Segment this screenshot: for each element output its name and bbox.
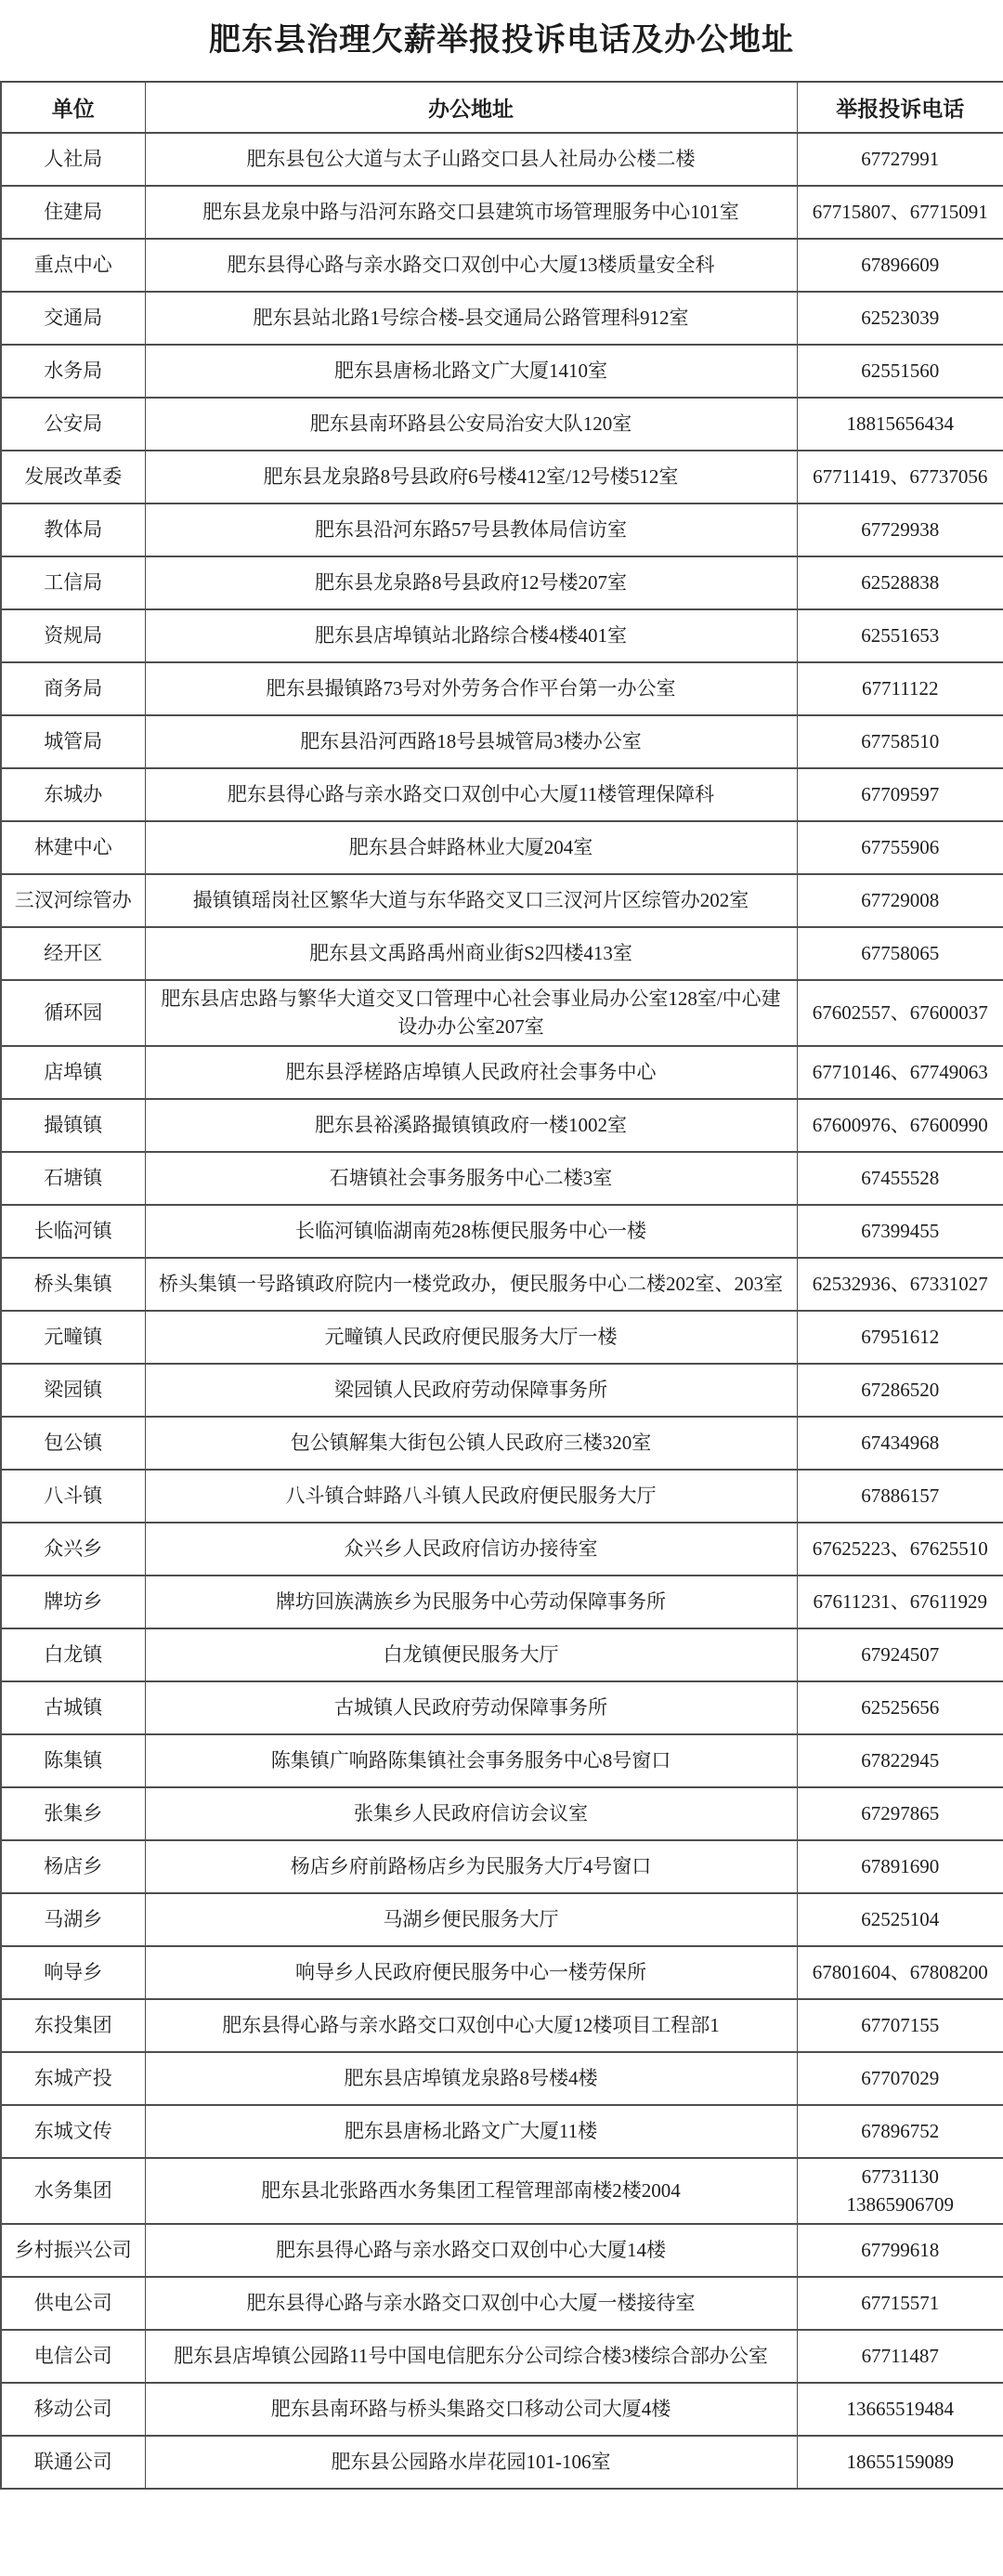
unit-cell: 陈集镇	[1, 1734, 145, 1787]
table-body: 人社局 肥东县包公大道与太子山路交口县人社局办公楼二楼 67727991 住建局…	[1, 133, 1003, 2489]
address-cell: 肥东县得心路与亲水路交口双创中心大厦一楼接待室	[145, 2277, 797, 2330]
unit-cell: 联通公司	[1, 2436, 145, 2489]
phone-cell: 67297865	[797, 1787, 1003, 1840]
table-row: 电信公司 肥东县店埠镇公园路11号中国电信肥东分公司综合楼3楼综合部办公室 67…	[1, 2330, 1003, 2383]
unit-cell: 交通局	[1, 292, 145, 345]
address-cell: 杨店乡府前路杨店乡为民服务大厅4号窗口	[145, 1840, 797, 1893]
address-cell: 肥东县裕溪路撮镇镇政府一楼1002室	[145, 1099, 797, 1152]
page-title: 肥东县治理欠薪举报投诉电话及办公地址	[0, 0, 1003, 81]
unit-cell: 张集乡	[1, 1787, 145, 1840]
unit-cell: 牌坊乡	[1, 1576, 145, 1628]
address-cell: 牌坊回族满族乡为民服务中心劳动保障事务所	[145, 1576, 797, 1628]
table-row: 教体局 肥东县沿河东路57号县教体局信访室 67729938	[1, 503, 1003, 556]
table-row: 撮镇镇 肥东县裕溪路撮镇镇政府一楼1002室 67600976、67600990	[1, 1099, 1003, 1152]
unit-cell: 供电公司	[1, 2277, 145, 2330]
phone-cell: 67455528	[797, 1152, 1003, 1205]
phone-cell: 62528838	[797, 556, 1003, 609]
address-cell: 肥东县店埠镇站北路综合楼4楼401室	[145, 609, 797, 662]
unit-cell: 八斗镇	[1, 1470, 145, 1523]
phone-cell: 67709597	[797, 768, 1003, 821]
phone-cell: 67707029	[797, 2052, 1003, 2105]
address-cell: 肥东县龙泉路8号县政府6号楼412室/12号楼512室	[145, 451, 797, 503]
phone-cell: 67710146、67749063	[797, 1046, 1003, 1099]
phone-cell: 62551560	[797, 345, 1003, 398]
table-row: 杨店乡 杨店乡府前路杨店乡为民服务大厅4号窗口 67891690	[1, 1840, 1003, 1893]
phone-cell: 67727991	[797, 133, 1003, 186]
phone-cell: 62523039	[797, 292, 1003, 345]
page: 肥东县治理欠薪举报投诉电话及办公地址 单位 办公地址 举报投诉电话 人社局 肥东…	[0, 0, 1003, 2490]
unit-cell: 发展改革委	[1, 451, 145, 503]
table-row: 包公镇 包公镇解集大街包公镇人民政府三楼320室 67434968	[1, 1417, 1003, 1470]
address-cell: 梁园镇人民政府劳动保障事务所	[145, 1364, 797, 1417]
phone-cell: 62551653	[797, 609, 1003, 662]
address-cell: 肥东县南环路与桥头集路交口移动公司大厦4楼	[145, 2383, 797, 2436]
table-row: 东投集团 肥东县得心路与亲水路交口双创中心大厦12楼项目工程部1 6770715…	[1, 1999, 1003, 2052]
address-cell: 陈集镇广响路陈集镇社会事务服务中心8号窗口	[145, 1734, 797, 1787]
table-row: 牌坊乡 牌坊回族满族乡为民服务中心劳动保障事务所 67611231、676119…	[1, 1576, 1003, 1628]
address-cell: 众兴乡人民政府信访办接待室	[145, 1523, 797, 1576]
unit-cell: 公安局	[1, 398, 145, 451]
phone-cell: 67799618	[797, 2224, 1003, 2277]
address-cell: 肥东县龙泉路8号县政府12号楼207室	[145, 556, 797, 609]
table-row: 三汊河综管办 撮镇镇瑶岗社区繁华大道与东华路交叉口三汊河片区综管办202室 67…	[1, 874, 1003, 927]
address-cell: 石塘镇社会事务服务中心二楼3室	[145, 1152, 797, 1205]
phone-cell: 67602557、67600037	[797, 980, 1003, 1046]
unit-cell: 杨店乡	[1, 1840, 145, 1893]
table-row: 八斗镇 八斗镇合蚌路八斗镇人民政府便民服务大厅 67886157	[1, 1470, 1003, 1523]
address-cell: 肥东县店忠路与繁华大道交叉口管理中心社会事业局办公室128室/中心建设办办公室2…	[145, 980, 797, 1046]
table-row: 重点中心 肥东县得心路与亲水路交口双创中心大厦13楼质量安全科 67896609	[1, 239, 1003, 292]
table-row: 经开区 肥东县文禹路禹州商业街S2四楼413室 67758065	[1, 927, 1003, 980]
address-cell: 肥东县北张路西水务集团工程管理部南楼2楼2004	[145, 2158, 797, 2224]
phone-cell: 67891690	[797, 1840, 1003, 1893]
unit-cell: 白龙镇	[1, 1628, 145, 1681]
unit-cell: 众兴乡	[1, 1523, 145, 1576]
unit-cell: 重点中心	[1, 239, 145, 292]
phone-cell: 62525656	[797, 1681, 1003, 1734]
unit-cell: 三汊河综管办	[1, 874, 145, 927]
table-row: 乡村振兴公司 肥东县得心路与亲水路交口双创中心大厦14楼 67799618	[1, 2224, 1003, 2277]
table-row: 东城产投 肥东县店埠镇龙泉路8号楼4楼 67707029	[1, 2052, 1003, 2105]
phone-cell: 67286520	[797, 1364, 1003, 1417]
address-cell: 肥东县店埠镇龙泉路8号楼4楼	[145, 2052, 797, 2105]
unit-cell: 电信公司	[1, 2330, 145, 2383]
address-cell: 白龙镇便民服务大厅	[145, 1628, 797, 1681]
phone-cell: 67822945	[797, 1734, 1003, 1787]
phone-cell: 67434968	[797, 1417, 1003, 1470]
table-row: 城管局 肥东县沿河西路18号县城管局3楼办公室 67758510	[1, 715, 1003, 768]
address-cell: 肥东县得心路与亲水路交口双创中心大厦12楼项目工程部1	[145, 1999, 797, 2052]
table-row: 长临河镇 长临河镇临湖南苑28栋便民服务中心一楼 67399455	[1, 1205, 1003, 1258]
unit-cell: 店埠镇	[1, 1046, 145, 1099]
address-cell: 肥东县唐杨北路文广大厦1410室	[145, 345, 797, 398]
table-row: 桥头集镇 桥头集镇一号路镇政府院内一楼党政办，便民服务中心二楼202室、203室…	[1, 1258, 1003, 1311]
address-cell: 响导乡人民政府便民服务中心一楼劳保所	[145, 1946, 797, 1999]
unit-cell: 移动公司	[1, 2383, 145, 2436]
address-cell: 肥东县站北路1号综合楼-县交通局公路管理科912室	[145, 292, 797, 345]
table-row: 东城文传 肥东县唐杨北路文广大厦11楼 67896752	[1, 2105, 1003, 2158]
phone-cell: 67801604、67808200	[797, 1946, 1003, 1999]
table-row: 联通公司 肥东县公园路水岸花园101-106室 18655159089	[1, 2436, 1003, 2489]
unit-cell: 城管局	[1, 715, 145, 768]
column-header-unit: 单位	[1, 82, 145, 133]
table-row: 人社局 肥东县包公大道与太子山路交口县人社局办公楼二楼 67727991	[1, 133, 1003, 186]
phone-cell: 67715571	[797, 2277, 1003, 2330]
address-cell: 八斗镇合蚌路八斗镇人民政府便民服务大厅	[145, 1470, 797, 1523]
table-row: 响导乡 响导乡人民政府便民服务中心一楼劳保所 67801604、67808200	[1, 1946, 1003, 1999]
table-row: 供电公司 肥东县得心路与亲水路交口双创中心大厦一楼接待室 67715571	[1, 2277, 1003, 2330]
address-cell: 肥东县龙泉中路与沿河东路交口县建筑市场管理服务中心101室	[145, 186, 797, 239]
table-row: 资规局 肥东县店埠镇站北路综合楼4楼401室 62551653	[1, 609, 1003, 662]
address-cell: 肥东县包公大道与太子山路交口县人社局办公楼二楼	[145, 133, 797, 186]
address-cell: 肥东县沿河西路18号县城管局3楼办公室	[145, 715, 797, 768]
phone-cell: 67924507	[797, 1628, 1003, 1681]
address-cell: 马湖乡便民服务大厅	[145, 1893, 797, 1946]
phone-cell: 67896752	[797, 2105, 1003, 2158]
table-row: 元疃镇 元疃镇人民政府便民服务大厅一楼 67951612	[1, 1311, 1003, 1364]
unit-cell: 水务集团	[1, 2158, 145, 2224]
unit-cell: 桥头集镇	[1, 1258, 145, 1311]
phone-cell: 67625223、67625510	[797, 1523, 1003, 1576]
phone-cell: 67758510	[797, 715, 1003, 768]
table-row: 陈集镇 陈集镇广响路陈集镇社会事务服务中心8号窗口 67822945	[1, 1734, 1003, 1787]
phone-cell: 67611231、67611929	[797, 1576, 1003, 1628]
unit-cell: 教体局	[1, 503, 145, 556]
unit-cell: 东投集团	[1, 1999, 145, 2052]
table-row: 水务集团 肥东县北张路西水务集团工程管理部南楼2楼2004 67731130 1…	[1, 2158, 1003, 2224]
unit-cell: 梁园镇	[1, 1364, 145, 1417]
phone-cell: 62525104	[797, 1893, 1003, 1946]
unit-cell: 响导乡	[1, 1946, 145, 1999]
table-row: 工信局 肥东县龙泉路8号县政府12号楼207室 62528838	[1, 556, 1003, 609]
address-cell: 肥东县南环路县公安局治安大队120室	[145, 398, 797, 451]
phone-cell: 67711419、67737056	[797, 451, 1003, 503]
address-cell: 古城镇人民政府劳动保障事务所	[145, 1681, 797, 1734]
unit-cell: 包公镇	[1, 1417, 145, 1470]
address-cell: 肥东县沿河东路57号县教体局信访室	[145, 503, 797, 556]
phone-cell: 67715807、67715091	[797, 186, 1003, 239]
phone-cell: 67729938	[797, 503, 1003, 556]
unit-cell: 东城办	[1, 768, 145, 821]
phone-cell: 67399455	[797, 1205, 1003, 1258]
table-header-row: 单位 办公地址 举报投诉电话	[1, 82, 1003, 133]
address-cell: 撮镇镇瑶岗社区繁华大道与东华路交叉口三汊河片区综管办202室	[145, 874, 797, 927]
address-cell: 张集乡人民政府信访会议室	[145, 1787, 797, 1840]
unit-cell: 水务局	[1, 345, 145, 398]
address-cell: 肥东县合蚌路林业大厦204室	[145, 821, 797, 874]
table-row: 水务局 肥东县唐杨北路文广大厦1410室 62551560	[1, 345, 1003, 398]
table-row: 商务局 肥东县撮镇路73号对外劳务合作平台第一办公室 67711122	[1, 662, 1003, 715]
phone-cell: 67707155	[797, 1999, 1003, 2052]
phone-cell: 18815656434	[797, 398, 1003, 451]
address-cell: 肥东县得心路与亲水路交口双创中心大厦13楼质量安全科	[145, 239, 797, 292]
address-cell: 肥东县得心路与亲水路交口双创中心大厦14楼	[145, 2224, 797, 2277]
address-cell: 长临河镇临湖南苑28栋便民服务中心一楼	[145, 1205, 797, 1258]
table-row: 梁园镇 梁园镇人民政府劳动保障事务所 67286520	[1, 1364, 1003, 1417]
unit-cell: 住建局	[1, 186, 145, 239]
table-row: 发展改革委 肥东县龙泉路8号县政府6号楼412室/12号楼512室 677114…	[1, 451, 1003, 503]
table-row: 公安局 肥东县南环路县公安局治安大队120室 18815656434	[1, 398, 1003, 451]
table-row: 石塘镇 石塘镇社会事务服务中心二楼3室 67455528	[1, 1152, 1003, 1205]
unit-cell: 古城镇	[1, 1681, 145, 1734]
address-cell: 桥头集镇一号路镇政府院内一楼党政办，便民服务中心二楼202室、203室	[145, 1258, 797, 1311]
column-header-phone: 举报投诉电话	[797, 82, 1003, 133]
phone-cell: 18655159089	[797, 2436, 1003, 2489]
phone-cell: 67886157	[797, 1470, 1003, 1523]
unit-cell: 林建中心	[1, 821, 145, 874]
address-cell: 元疃镇人民政府便民服务大厅一楼	[145, 1311, 797, 1364]
phone-cell: 67758065	[797, 927, 1003, 980]
address-cell: 肥东县唐杨北路文广大厦11楼	[145, 2105, 797, 2158]
address-cell: 肥东县文禹路禹州商业街S2四楼413室	[145, 927, 797, 980]
unit-cell: 长临河镇	[1, 1205, 145, 1258]
column-header-address: 办公地址	[145, 82, 797, 133]
phone-cell: 67755906	[797, 821, 1003, 874]
table-row: 白龙镇 白龙镇便民服务大厅 67924507	[1, 1628, 1003, 1681]
unit-cell: 循环园	[1, 980, 145, 1046]
address-cell: 肥东县浮槎路店埠镇人民政府社会事务中心	[145, 1046, 797, 1099]
phone-cell: 67896609	[797, 239, 1003, 292]
unit-cell: 资规局	[1, 609, 145, 662]
phone-cell: 67711487	[797, 2330, 1003, 2383]
unit-cell: 人社局	[1, 133, 145, 186]
unit-cell: 元疃镇	[1, 1311, 145, 1364]
unit-cell: 石塘镇	[1, 1152, 145, 1205]
phone-cell: 67711122	[797, 662, 1003, 715]
unit-cell: 东城产投	[1, 2052, 145, 2105]
table-row: 交通局 肥东县站北路1号综合楼-县交通局公路管理科912室 62523039	[1, 292, 1003, 345]
unit-cell: 经开区	[1, 927, 145, 980]
table-row: 马湖乡 马湖乡便民服务大厅 62525104	[1, 1893, 1003, 1946]
phone-cell: 67600976、67600990	[797, 1099, 1003, 1152]
unit-cell: 撮镇镇	[1, 1099, 145, 1152]
table-row: 林建中心 肥东县合蚌路林业大厦204室 67755906	[1, 821, 1003, 874]
unit-cell: 东城文传	[1, 2105, 145, 2158]
phone-cell: 67729008	[797, 874, 1003, 927]
table-row: 古城镇 古城镇人民政府劳动保障事务所 62525656	[1, 1681, 1003, 1734]
table-row: 移动公司 肥东县南环路与桥头集路交口移动公司大厦4楼 13665519484	[1, 2383, 1003, 2436]
phone-cell: 13665519484	[797, 2383, 1003, 2436]
table-row: 循环园 肥东县店忠路与繁华大道交叉口管理中心社会事业局办公室128室/中心建设办…	[1, 980, 1003, 1046]
unit-cell: 商务局	[1, 662, 145, 715]
table-row: 店埠镇 肥东县浮槎路店埠镇人民政府社会事务中心 67710146、6774906…	[1, 1046, 1003, 1099]
table-row: 张集乡 张集乡人民政府信访会议室 67297865	[1, 1787, 1003, 1840]
table-row: 东城办 肥东县得心路与亲水路交口双创中心大厦11楼管理保障科 67709597	[1, 768, 1003, 821]
unit-cell: 工信局	[1, 556, 145, 609]
phone-cell: 67951612	[797, 1311, 1003, 1364]
phone-cell: 62532936、67331027	[797, 1258, 1003, 1311]
phone-cell: 67731130 13865906709	[797, 2158, 1003, 2224]
unit-cell: 乡村振兴公司	[1, 2224, 145, 2277]
complaint-directory-table: 单位 办公地址 举报投诉电话 人社局 肥东县包公大道与太子山路交口县人社局办公楼…	[0, 81, 1003, 2490]
unit-cell: 马湖乡	[1, 1893, 145, 1946]
address-cell: 肥东县公园路水岸花园101-106室	[145, 2436, 797, 2489]
address-cell: 包公镇解集大街包公镇人民政府三楼320室	[145, 1417, 797, 1470]
table-row: 众兴乡 众兴乡人民政府信访办接待室 67625223、67625510	[1, 1523, 1003, 1576]
address-cell: 肥东县撮镇路73号对外劳务合作平台第一办公室	[145, 662, 797, 715]
address-cell: 肥东县店埠镇公园路11号中国电信肥东分公司综合楼3楼综合部办公室	[145, 2330, 797, 2383]
address-cell: 肥东县得心路与亲水路交口双创中心大厦11楼管理保障科	[145, 768, 797, 821]
table-row: 住建局 肥东县龙泉中路与沿河东路交口县建筑市场管理服务中心101室 677158…	[1, 186, 1003, 239]
